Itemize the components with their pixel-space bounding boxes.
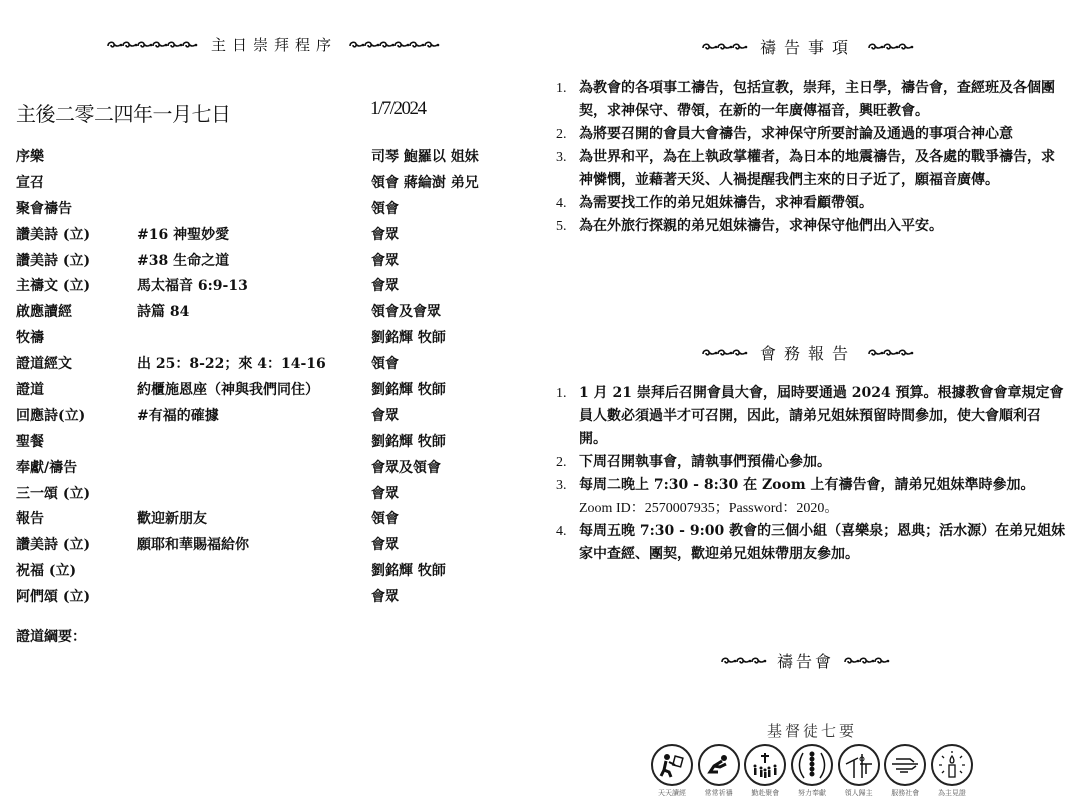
flourish-ornament-icon xyxy=(868,42,914,52)
program-content: #16 神聖妙愛 xyxy=(137,224,229,246)
program-leader: 會眾 xyxy=(371,224,399,246)
prayer-items-heading: 禱告事項 xyxy=(760,35,856,58)
item-number: 1. xyxy=(556,382,567,405)
program-content: 詩篇 84 xyxy=(137,301,189,323)
program-leader: 會眾 xyxy=(371,405,399,427)
program-leader: 司琴 鮑羅以 姐妹 xyxy=(371,146,479,168)
program-leader: 領會 xyxy=(371,353,399,375)
flourish-ornament-icon xyxy=(702,42,748,52)
announcement-item: 1.1 月 21 崇拜后召開會員大會，屆時要通過 2024 預算。根據教會會章規… xyxy=(556,382,1068,451)
program-item: 讚美詩 (立) xyxy=(16,250,90,272)
item-number: 1. xyxy=(556,77,567,100)
program-item: 阿們頌 (立) xyxy=(16,586,90,608)
program-row: 奉獻/禱告會眾及領會 xyxy=(16,457,526,483)
program-leader: 會眾 xyxy=(371,534,399,556)
program-row: 阿們頌 (立)會眾 xyxy=(16,586,526,612)
program-content: 約櫃施恩座（神與我們同住） xyxy=(137,379,319,401)
item-text: 下周召開執事會，請執事們預備心參加。 xyxy=(579,454,831,470)
program-item: 聚會禱告 xyxy=(16,198,72,220)
announcement-item: 3.每周二晚上 7:30 - 8:30 在 Zoom 上有禱告會，請弟兄姐妹準時… xyxy=(556,474,1068,520)
program-item: 主禱文 (立) xyxy=(16,275,90,297)
program-content: 出 25：8-22；來 4：14-16 xyxy=(137,353,326,375)
program-row: 讚美詩 (立)願耶和華賜福給你會眾 xyxy=(16,534,526,560)
program-item: 三一頌 (立) xyxy=(16,483,90,505)
program-item: 聖餐 xyxy=(16,431,44,453)
program-row: 讚美詩 (立)#16 神聖妙愛會眾 xyxy=(16,224,526,250)
essential-item: 服務社會 xyxy=(883,744,927,798)
announcement-item: 2.下周召開執事會，請執事們預備心參加。 xyxy=(556,451,1068,474)
program-leader: 劉銘輝 牧師 xyxy=(371,379,446,401)
essential-label: 天天讀經 xyxy=(658,788,686,798)
essential-item: 天天讀經 xyxy=(650,744,694,798)
date-chinese: 主後二零二四年一月七日 xyxy=(16,98,231,127)
prayer-item: 3.為世界和平，為在上執政掌權者，為日本的地震禱告，及各處的戰爭禱告，求神憐憫，… xyxy=(556,146,1068,192)
worship-order-title: 主日崇拜程序 xyxy=(107,34,441,55)
program-leader: 領會 xyxy=(371,198,399,220)
item-text: 為需要找工作的弟兄姐妹禱告，求神看顧帶領。 xyxy=(579,195,873,211)
program-leader: 會眾 xyxy=(371,586,399,608)
item-text: 為將要召開的會員大會禱告，求神保守所要討論及通過的事項合神心意 xyxy=(579,126,1013,142)
program-row: 宣召領會 蔣綸澍 弟兄 xyxy=(16,172,526,198)
announcement-item: 4.每周五晚 7:30 - 9:00 教會的三個小組（喜樂泉；恩典；活水源）在弟… xyxy=(556,520,1068,566)
announcements-list: 1.1 月 21 崇拜后召開會員大會，屆時要通過 2024 預算。根據教會會章規… xyxy=(556,382,1068,566)
essential-item: 常常祈禱 xyxy=(697,744,741,798)
program-row: 主禱文 (立)馬太福音 6:9-13會眾 xyxy=(16,275,526,301)
announcements-title: 會務報告 xyxy=(702,341,914,364)
program-leader: 領會 蔣綸澍 弟兄 xyxy=(371,172,479,194)
flourish-ornament-icon xyxy=(844,656,890,666)
program-row: 祝福 (立)劉銘輝 牧師 xyxy=(16,560,526,586)
program-item: 祝福 (立) xyxy=(16,560,76,582)
essential-label: 努力奉獻 xyxy=(798,788,826,798)
candle-witness-icon xyxy=(931,744,973,786)
program-content: 馬太福音 6:9-13 xyxy=(137,275,248,297)
program-leader: 會眾 xyxy=(371,275,399,297)
seven-essentials-graphic: 基督徒七要 天天讀經 常常祈禱 勤赴聚會 努力奉獻 xyxy=(650,720,974,798)
item-text: 每周五晚 7:30 - 9:00 教會的三個小組（喜樂泉；恩典；活水源）在弟兄姐… xyxy=(579,523,1065,562)
program-content: #38 生命之道 xyxy=(137,250,229,272)
program-leader: 領會及會眾 xyxy=(371,301,441,323)
program-item: 回應詩(立) xyxy=(16,405,85,427)
program-item: 牧禱 xyxy=(16,327,44,349)
program-content: #有福的確據 xyxy=(137,405,219,427)
essential-item: 為主見證 xyxy=(930,744,974,798)
program-leader: 會眾及領會 xyxy=(371,457,441,479)
prayer-item: 2.為將要召開的會員大會禱告，求神保守所要討論及通過的事項合神心意 xyxy=(556,123,1068,146)
essential-item: 領人歸主 xyxy=(837,744,881,798)
program-item: 證道經文 xyxy=(16,353,72,375)
program-leader: 會眾 xyxy=(371,483,399,505)
item-number: 3. xyxy=(556,146,567,169)
program-row: 報告歡迎新朋友領會 xyxy=(16,508,526,534)
praying-icon xyxy=(698,744,740,786)
essential-item: 努力奉獻 xyxy=(790,744,834,798)
flourish-ornament-icon xyxy=(107,40,199,50)
congregation-icon xyxy=(744,744,786,786)
prayer-item: 4.為需要找工作的弟兄姐妹禱告，求神看顧帶領。 xyxy=(556,192,1068,215)
program-row: 聚會禱告領會 xyxy=(16,198,526,224)
program-row: 證道經文出 25：8-22；來 4：14-16領會 xyxy=(16,353,526,379)
program-leader: 劉銘輝 牧師 xyxy=(371,560,446,582)
program-item: 報告 xyxy=(16,508,44,530)
prayer-items-title: 禱告事項 xyxy=(702,35,914,58)
program-item: 讚美詩 (立) xyxy=(16,534,90,556)
item-text: 為在外旅行探親的弟兄姐妹禱告，求神保守他們出入平安。 xyxy=(579,218,943,234)
program-item: 序樂 xyxy=(16,146,44,168)
date: 1/7/2024 xyxy=(370,98,426,120)
sermon-outline-label: 證道綱要： xyxy=(16,626,86,646)
essential-label: 服務社會 xyxy=(891,788,919,798)
program-leader: 劉銘輝 牧師 xyxy=(371,327,446,349)
program-row: 回應詩(立)#有福的確據會眾 xyxy=(16,405,526,431)
flourish-ornament-icon xyxy=(349,40,441,50)
bible-reading-icon xyxy=(651,744,693,786)
program-leader: 領會 xyxy=(371,508,399,530)
program-item: 證道 xyxy=(16,379,44,401)
item-text: 1 月 21 崇拜后召開會員大會，屆時要通過 2024 預算。根據教會會章規定會… xyxy=(579,385,1064,447)
flourish-ornament-icon xyxy=(868,348,914,358)
seven-essentials-title: 基督徒七要 xyxy=(650,720,974,741)
item-text: 為世界和平，為在上執政掌權者，為日本的地震禱告，及各處的戰爭禱告，求神憐憫，並藉… xyxy=(579,149,1055,188)
prayer-meeting-heading: 禱告會 xyxy=(777,649,834,672)
essential-label: 常常祈禱 xyxy=(705,788,733,798)
prayer-items-list: 1.為教會的各項事工禱告，包括宣教，崇拜，主日學，禱告會，查經班及各個團契，求神… xyxy=(556,77,1068,238)
flourish-ornament-icon xyxy=(702,348,748,358)
program-content: 願耶和華賜福給你 xyxy=(137,534,249,556)
program-row: 證道約櫃施恩座（神與我們同住）劉銘輝 牧師 xyxy=(16,379,526,405)
program-item: 奉獻/禱告 xyxy=(16,457,77,479)
item-text: 為教會的各項事工禱告，包括宣教，崇拜，主日學，禱告會，查經班及各個團契，求神保守… xyxy=(579,80,1055,119)
item-number: 4. xyxy=(556,520,567,543)
item-number: 4. xyxy=(556,192,567,215)
worship-order-heading: 主日崇拜程序 xyxy=(211,34,337,55)
prayer-item: 5.為在外旅行探親的弟兄姐妹禱告，求神保守他們出入平安。 xyxy=(556,215,1068,238)
prayer-meeting-title: 禱告會 xyxy=(721,649,890,672)
program-row: 啟應讀經詩篇 84領會及會眾 xyxy=(16,301,526,327)
item-number: 3. xyxy=(556,474,567,497)
program-row: 序樂司琴 鮑羅以 姐妹 xyxy=(16,146,526,172)
service-hands-icon xyxy=(884,744,926,786)
program-item: 啟應讀經 xyxy=(16,301,72,323)
worship-program-list: 序樂司琴 鮑羅以 姐妹 宣召領會 蔣綸澍 弟兄 聚會禱告領會 讚美詩 (立)#1… xyxy=(16,146,526,612)
seven-essentials-icons: 天天讀經 常常祈禱 勤赴聚會 努力奉獻 領人歸主 xyxy=(650,744,974,798)
item-text: 每周二晚上 7:30 - 8:30 在 Zoom 上有禱告會，請弟兄姐妹準時參加… xyxy=(579,477,1035,493)
prayer-item: 1.為教會的各項事工禱告，包括宣教，崇拜，主日學，禱告會，查經班及各個團契，求神… xyxy=(556,77,1068,123)
essential-label: 領人歸主 xyxy=(845,788,873,798)
flourish-ornament-icon xyxy=(721,656,767,666)
item-number: 2. xyxy=(556,451,567,474)
item-number: 5. xyxy=(556,215,567,238)
essential-label: 為主見證 xyxy=(938,788,966,798)
program-row: 聖餐劉銘輝 牧師 xyxy=(16,431,526,457)
program-row: 三一頌 (立)會眾 xyxy=(16,483,526,509)
program-leader: 劉銘輝 牧師 xyxy=(371,431,446,453)
zoom-info: Zoom ID：2570007935；Password：2020。 xyxy=(579,497,1068,520)
essential-label: 勤赴聚會 xyxy=(751,788,779,798)
program-item: 讚美詩 (立) xyxy=(16,224,90,246)
item-number: 2. xyxy=(556,123,567,146)
program-leader: 會眾 xyxy=(371,250,399,272)
fish-offering-icon xyxy=(791,744,833,786)
essential-item: 勤赴聚會 xyxy=(743,744,787,798)
evangelism-icon xyxy=(838,744,880,786)
announcements-heading: 會務報告 xyxy=(760,341,856,364)
program-row: 讚美詩 (立)#38 生命之道會眾 xyxy=(16,250,526,276)
program-item: 宣召 xyxy=(16,172,44,194)
program-row: 牧禱劉銘輝 牧師 xyxy=(16,327,526,353)
program-content: 歡迎新朋友 xyxy=(137,508,207,530)
